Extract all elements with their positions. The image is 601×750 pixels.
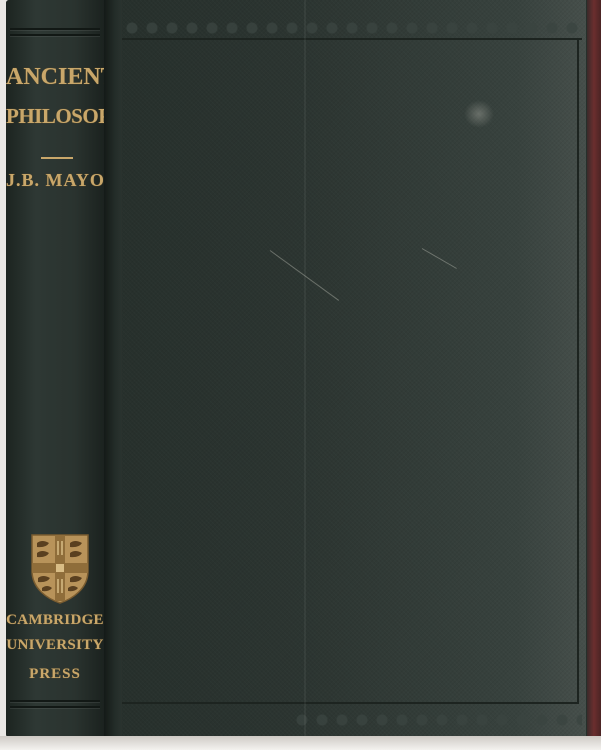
spine-publisher-line1: CAMBRIDGE bbox=[6, 612, 104, 629]
blind-stamped-border-top bbox=[122, 16, 584, 34]
spine-title-line2: PHILOSOPHY bbox=[6, 104, 104, 129]
blind-rule-top bbox=[122, 38, 582, 40]
spine-publisher-line2: UNIVERSITY bbox=[6, 637, 104, 654]
book-spine: ANCIENT PHILOSOPHY J.B. MAYOR CAMBRIDGE … bbox=[6, 0, 104, 738]
spine-title-line1: ANCIENT bbox=[6, 64, 104, 91]
spine-publisher-line3: PRESS bbox=[6, 666, 104, 683]
blind-rule-bottom bbox=[122, 702, 577, 704]
front-cover-board bbox=[122, 0, 586, 738]
blind-rule-right bbox=[577, 38, 579, 704]
board-crease bbox=[304, 0, 306, 738]
cover-scuff bbox=[464, 100, 494, 128]
coat-of-arms-icon bbox=[30, 533, 90, 605]
spine-gilt-rule bbox=[41, 157, 73, 159]
blind-stamped-border-bottom bbox=[292, 712, 582, 730]
page-edge bbox=[587, 0, 601, 750]
book: ANCIENT PHILOSOPHY J.B. MAYOR CAMBRIDGE … bbox=[6, 0, 600, 738]
spine-band bbox=[10, 28, 100, 30]
cover-scratch bbox=[422, 248, 457, 269]
spine-band bbox=[10, 34, 100, 36]
spine-band bbox=[10, 700, 100, 702]
book-hinge bbox=[104, 0, 122, 738]
background-surface bbox=[0, 736, 601, 750]
spine-band bbox=[10, 706, 100, 708]
spine-author: J.B. MAYOR bbox=[6, 170, 104, 191]
